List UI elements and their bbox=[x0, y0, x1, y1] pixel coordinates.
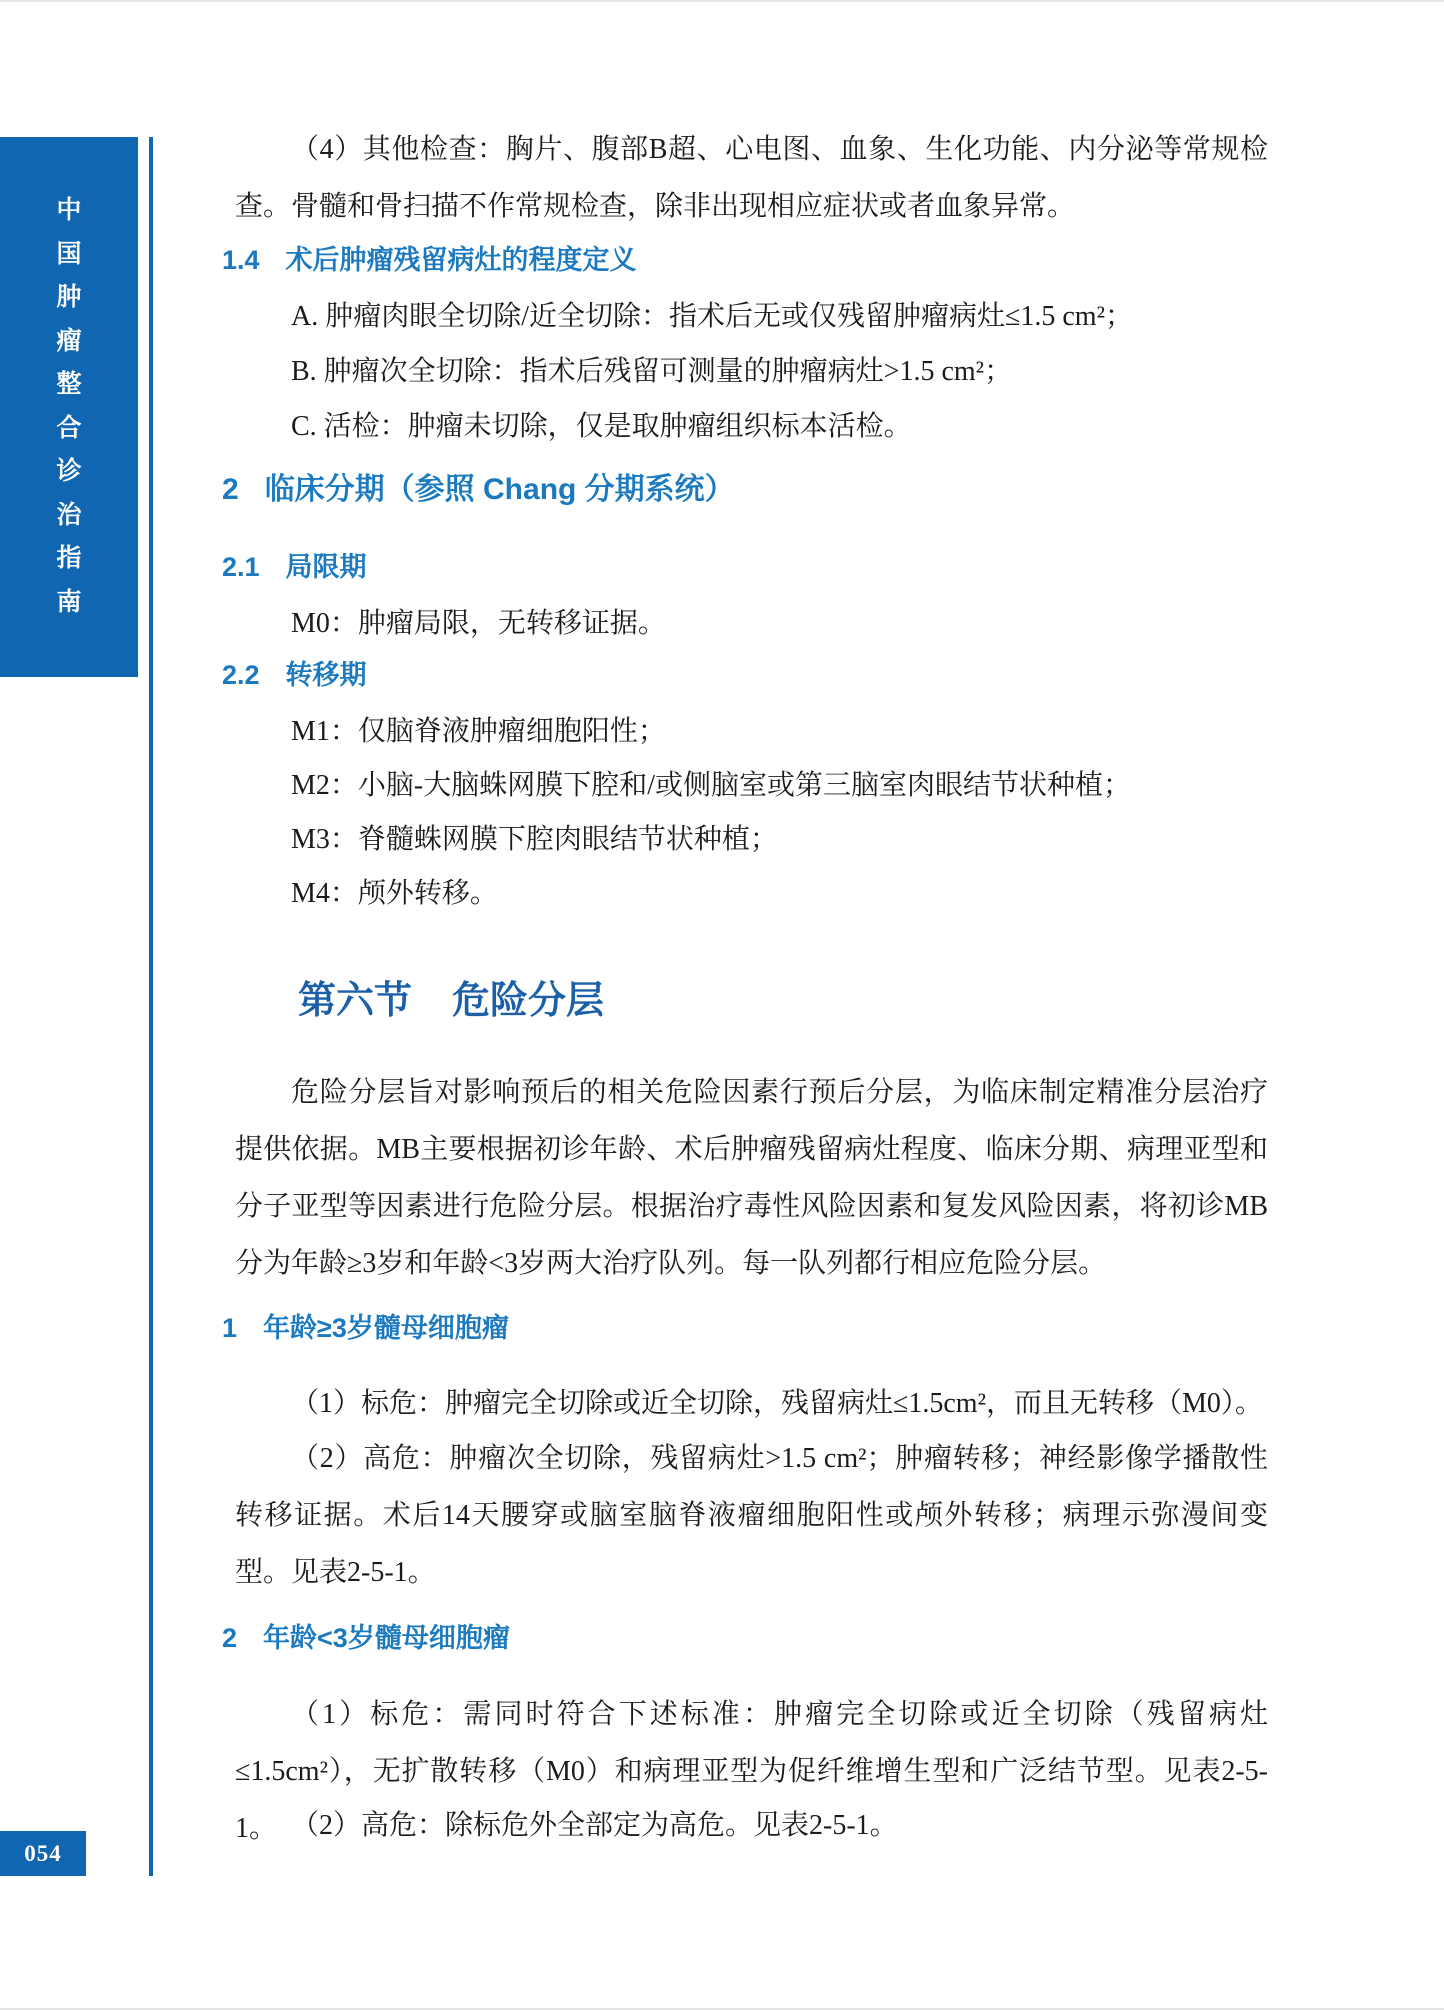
heading-text: 临床分期（参照 Chang 分期系统） bbox=[265, 473, 735, 506]
sidebar-vertical-title: 中国肿瘤整合诊治指南 bbox=[0, 189, 138, 624]
sidebar-band: 中国肿瘤整合诊治指南 bbox=[0, 137, 138, 677]
heading-number: 1 bbox=[222, 1308, 237, 1348]
heading-number: 2 bbox=[222, 1618, 237, 1658]
lt3-high-risk: （2）高危：除标危外全部定为高危。见表2-5-1。 bbox=[235, 1798, 1268, 1853]
document-page: 中国肿瘤整合诊治指南 054 （4）其他检查：胸片、腹部B超、心电图、血象、生化… bbox=[0, 0, 1444, 2010]
stage-m3: M3：脊髓蛛网膜下腔肉眼结节状种植； bbox=[235, 812, 1268, 867]
paragraph-risk-intro: 危险分层旨对影响预后的相关危险因素行预后分层，为临床制定精准分层治疗提供依据。M… bbox=[235, 1064, 1268, 1292]
stage-m0: M0：肿瘤局限，无转移证据。 bbox=[235, 596, 1268, 651]
item-c: C. 活检：肿瘤未切除，仅是取肿瘤组织标本活检。 bbox=[235, 399, 1268, 454]
page-number-badge: 054 bbox=[0, 1831, 86, 1876]
heading-1-4: 1.4术后肿瘤残留病灶的程度定义 bbox=[222, 240, 1255, 280]
paragraph-other-exams: （4）其他检查：胸片、腹部B超、心电图、血象、生化功能、内分泌等常规检查。骨髓和… bbox=[235, 121, 1268, 235]
heading-number: 2.2 bbox=[222, 655, 260, 695]
section-text: 危险分层 bbox=[452, 980, 604, 1022]
section-title-risk-stratification: 第六节危险分层 bbox=[298, 974, 604, 1028]
stage-m1: M1：仅脑脊液肿瘤细胞阳性； bbox=[235, 704, 1268, 759]
heading-2-1: 2.1局限期 bbox=[222, 547, 1255, 587]
heading-number: 1.4 bbox=[222, 240, 260, 280]
heading-2-2: 2.2转移期 bbox=[222, 655, 1255, 695]
ge3-high-risk: （2）高危：肿瘤次全切除，残留病灶>1.5 cm²；肿瘤转移；神经影像学播散性转… bbox=[235, 1430, 1268, 1601]
heading-age-lt3: 2年龄<3岁髓母细胞瘤 bbox=[222, 1618, 1255, 1658]
section-number: 第六节 bbox=[298, 974, 412, 1028]
heading-age-ge3: 1年龄≥3岁髓母细胞瘤 bbox=[222, 1308, 1255, 1348]
heading-number: 2 bbox=[222, 468, 239, 512]
stage-m4: M4：颅外转移。 bbox=[235, 866, 1268, 921]
page-number: 054 bbox=[24, 1841, 62, 1867]
document-content: （4）其他检查：胸片、腹部B超、心电图、血象、生化功能、内分泌等常规检查。骨髓和… bbox=[235, 0, 1268, 2010]
heading-text: 年龄≥3岁髓母细胞瘤 bbox=[263, 1313, 509, 1343]
heading-number: 2.1 bbox=[222, 547, 260, 587]
heading-2-clinical-staging: 2临床分期（参照 Chang 分期系统） bbox=[222, 468, 1255, 512]
heading-text: 转移期 bbox=[286, 660, 367, 690]
heading-text: 局限期 bbox=[286, 552, 367, 582]
item-b: B. 肿瘤次全切除：指术后残留可测量的肿瘤病灶>1.5 cm²； bbox=[235, 344, 1268, 399]
heading-text: 术后肿瘤残留病灶的程度定义 bbox=[286, 245, 637, 275]
heading-text: 年龄<3岁髓母细胞瘤 bbox=[263, 1623, 510, 1653]
stage-m2: M2：小脑-大脑蛛网膜下腔和/或侧脑室或第三脑室肉眼结节状种植； bbox=[235, 758, 1268, 813]
item-a: A. 肿瘤肉眼全切除/近全切除：指术后无或仅残留肿瘤病灶≤1.5 cm²； bbox=[235, 289, 1268, 344]
ge3-standard-risk: （1）标危：肿瘤完全切除或近全切除，残留病灶≤1.5cm²，而且无转移（M0）。 bbox=[235, 1376, 1268, 1431]
vertical-divider bbox=[149, 137, 153, 1876]
